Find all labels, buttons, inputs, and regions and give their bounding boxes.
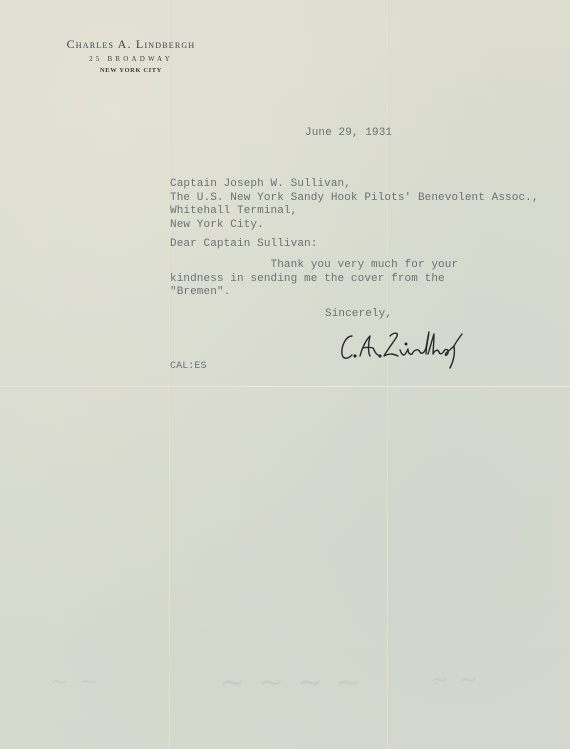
letter-page: ~ ~ ~ ~ ~ ~ ~ ~ Charles A. Lindbergh 25 … <box>0 0 570 749</box>
letterhead-city: New York City <box>56 67 206 74</box>
paper-watermark: ~ ~ <box>50 670 100 695</box>
salutation: Dear Captain Sullivan: <box>170 238 317 252</box>
vertical-fold-crease-right <box>387 0 389 749</box>
paper-watermark: ~ ~ ~ ~ <box>220 665 363 700</box>
body-line: kindness in sending me the cover from th… <box>170 273 458 287</box>
recipient-line: Whitehall Terminal, <box>170 205 539 219</box>
closing: Sincerely, <box>325 308 392 322</box>
recipient-line: Captain Joseph W. Sullivan, <box>170 178 539 192</box>
letterhead-street: 25 Broadway <box>56 55 206 63</box>
body-line: "Bremen". <box>170 286 458 300</box>
horizontal-fold-crease <box>0 385 570 388</box>
recipient-address: Captain Joseph W. Sullivan,The U.S. New … <box>170 178 539 232</box>
letter-body: Thank you very much for yourkindness in … <box>170 259 458 300</box>
body-line: Thank you very much for your <box>170 259 458 273</box>
recipient-line: The U.S. New York Sandy Hook Pilots' Ben… <box>170 192 539 206</box>
letter-date: June 29, 1931 <box>305 127 392 141</box>
handwritten-signature <box>338 326 468 370</box>
recipient-line: New York City. <box>170 219 539 233</box>
letterhead-name: Charles A. Lindbergh <box>56 37 206 52</box>
vertical-fold-crease-left <box>169 0 171 749</box>
letterhead: Charles A. Lindbergh 25 Broadway New Yor… <box>56 37 206 74</box>
typist-initials: CAL:ES <box>170 360 207 374</box>
paper-watermark: ~ ~ <box>430 668 480 693</box>
